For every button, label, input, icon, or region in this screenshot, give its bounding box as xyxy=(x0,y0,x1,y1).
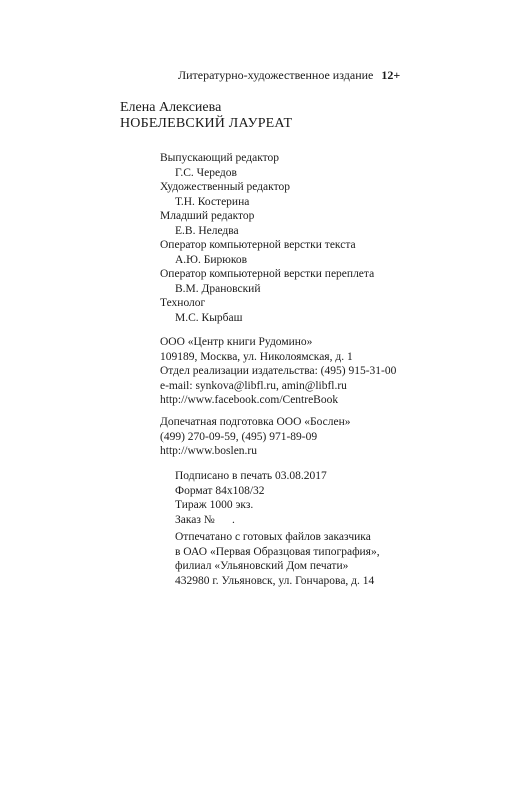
credit-person: В.М. Драновский xyxy=(160,282,374,297)
credit-role: Выпускающий редактор xyxy=(160,151,374,166)
publisher-name: ООО «Центр книги Рудомино» xyxy=(160,335,396,350)
print-info-block: Подписано в печать 03.08.2017 Формат 84x… xyxy=(175,469,327,527)
credit-role: Художественный редактор xyxy=(160,180,374,195)
printer-address: 432980 г. Ульяновск, ул. Гончарова, д. 1… xyxy=(175,574,380,589)
book-author: Елена Алексиева xyxy=(120,100,221,116)
credit-role: Технолог xyxy=(160,296,374,311)
printer-line: Отпечатано с готовых файлов заказчика xyxy=(175,530,380,545)
prepress-block: Допечатная подготовка ООО «Бослен» (499)… xyxy=(160,415,351,459)
signed-date: Подписано в печать 03.08.2017 xyxy=(175,469,327,484)
imprint-page: Литературно-художественное издание12+ Ел… xyxy=(0,0,512,800)
printer-line: филиал «Ульяновский Дом печати» xyxy=(175,559,380,574)
credit-person: Т.Н. Костерина xyxy=(160,195,374,210)
publisher-address: 109189, Москва, ул. Николоямская, д. 1 xyxy=(160,350,396,365)
credit-person: А.Ю. Бирюков xyxy=(160,253,374,268)
credit-person: Е.В. Неледва xyxy=(160,224,374,239)
credit-person: М.С. Кырбаш xyxy=(160,311,374,326)
publisher-block: ООО «Центр книги Рудомино» 109189, Москв… xyxy=(160,335,396,408)
credit-role: Оператор компьютерной верстки переплета xyxy=(160,267,374,282)
prepress-name: Допечатная подготовка ООО «Бослен» xyxy=(160,415,351,430)
printer-line: в ОАО «Первая Образцовая типография», xyxy=(175,545,380,560)
age-rating: 12+ xyxy=(381,68,400,82)
credit-role: Оператор компьютерной верстки текста xyxy=(160,238,374,253)
printer-block: Отпечатано с готовых файлов заказчика в … xyxy=(175,530,380,588)
prepress-website: http://www.boslen.ru xyxy=(160,444,351,459)
order-number: Заказ № . xyxy=(175,513,327,528)
publisher-email: e-mail: synkova@libfl.ru, amin@libfl.ru xyxy=(160,379,396,394)
credit-role: Младший редактор xyxy=(160,209,374,224)
book-title: НОБЕЛЕВСКИЙ ЛАУРЕАТ xyxy=(120,116,292,132)
circulation: Тираж 1000 экз. xyxy=(175,498,327,513)
edition-header: Литературно-художественное издание12+ xyxy=(178,68,400,82)
credit-person: Г.С. Чередов xyxy=(160,166,374,181)
credits-block: Выпускающий редактор Г.С. Чередов Художе… xyxy=(160,151,374,325)
publisher-website: http://www.facebook.com/CentreBook xyxy=(160,393,396,408)
prepress-phones: (499) 270-09-59, (495) 971-89-09 xyxy=(160,430,351,445)
format: Формат 84x108/32 xyxy=(175,484,327,499)
publisher-sales-phone: Отдел реализации издательства: (495) 915… xyxy=(160,364,396,379)
edition-type: Литературно-художественное издание xyxy=(178,68,373,82)
